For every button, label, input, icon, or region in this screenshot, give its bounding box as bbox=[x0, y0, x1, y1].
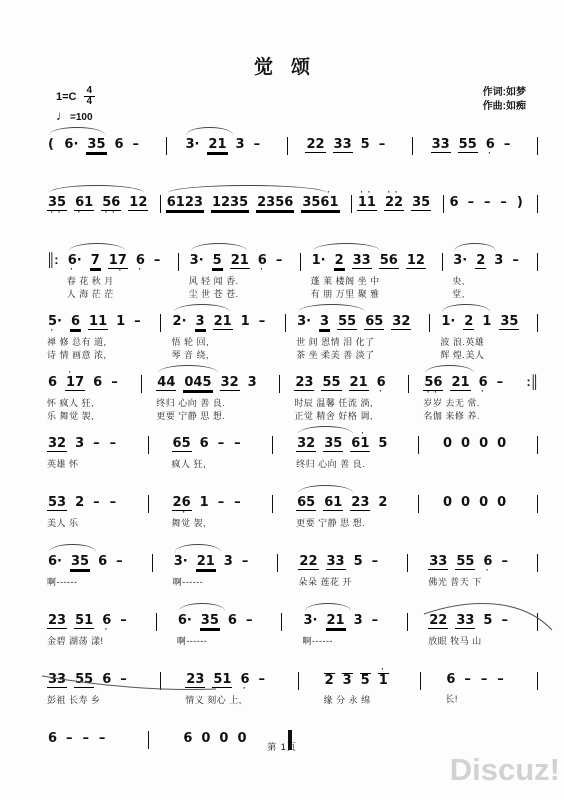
octave-dots-below bbox=[296, 452, 305, 457]
note: 0 bbox=[496, 491, 507, 515]
lyric-line: 茶 坐 柔美 善 淡了 bbox=[296, 350, 418, 361]
note: 045 bbox=[183, 371, 212, 396]
notes-row: 6123· 1235 2356 ·3561 bbox=[166, 185, 347, 216]
note: 56 bbox=[379, 249, 399, 274]
lyric-line: 长! bbox=[445, 694, 512, 705]
slur-arc bbox=[168, 185, 327, 193]
octave-dots-below bbox=[177, 628, 186, 633]
note: – bbox=[132, 133, 141, 158]
notes-row: 23 51 6· – bbox=[47, 603, 136, 634]
barline bbox=[537, 436, 538, 454]
octave-dots-below: · bbox=[172, 511, 189, 516]
octave-dots-below bbox=[74, 451, 83, 456]
octave-dots-below bbox=[371, 628, 380, 633]
note: 33 bbox=[455, 609, 475, 634]
notes-row: 0 0 0 0 bbox=[442, 485, 514, 515]
note: 12 bbox=[406, 249, 426, 274]
system: ( 6· 35 6 – 3· 21 3 – 22 33 5 – 33 55 6·… bbox=[46, 127, 538, 158]
octave-dots-below bbox=[97, 569, 106, 574]
octave-dots-below bbox=[303, 628, 312, 633]
measure: 6 – – – ) bbox=[448, 185, 534, 215]
octave-dots-below bbox=[449, 210, 458, 215]
notes-row: 33 55 6· – bbox=[431, 127, 520, 158]
notes-row: 3· 21 3 – bbox=[184, 127, 269, 158]
lyric-line: 朵朵 莲花 开 bbox=[298, 577, 387, 588]
note: 1235 bbox=[211, 191, 249, 216]
octave-dots-below: · bbox=[166, 211, 198, 216]
notes-row: 44 045 32 3 bbox=[156, 365, 264, 396]
note: 55 bbox=[458, 133, 478, 158]
barline bbox=[537, 253, 538, 271]
note: 23 bbox=[47, 609, 67, 634]
measure: ( 6· 35 6 – bbox=[46, 127, 149, 158]
lyric-line: 乐 舞觉 袈, bbox=[47, 411, 127, 422]
note: ··22 bbox=[384, 191, 404, 216]
octave-dots-below bbox=[65, 391, 74, 396]
note: 61· bbox=[74, 191, 94, 216]
octave-dots-below bbox=[233, 451, 242, 456]
octave-dots-below bbox=[88, 330, 97, 335]
lyric-line: 舞觉 袈, bbox=[172, 518, 250, 529]
note: 7· bbox=[90, 249, 101, 274]
notes-row: 53 2 – – bbox=[47, 485, 125, 516]
repeat-begin: ║: bbox=[46, 252, 58, 267]
octave-dots-below bbox=[431, 153, 440, 158]
note: 53 bbox=[47, 491, 67, 516]
octave-dots-below: · bbox=[70, 330, 79, 335]
octave-dots-below bbox=[220, 391, 229, 396]
barline bbox=[160, 314, 161, 332]
octave-dots-below: · bbox=[90, 269, 99, 274]
system: 35·· 61· 56·· 12 6123· 1235 2356 ·3561 ·… bbox=[46, 185, 538, 216]
note: 22 bbox=[428, 609, 448, 634]
note: – bbox=[217, 432, 226, 457]
system: 6 ·17 6 – 怀 疯人 狂,乐 舞觉 袈, 44 045 32 3 终归 … bbox=[46, 365, 538, 422]
octave-dots-below bbox=[334, 269, 343, 274]
note: 6· bbox=[135, 249, 146, 274]
measure: 33 55 6 – 彭祖 长寿 乡 bbox=[46, 662, 137, 706]
measure: 2 3 5 ·1 缘 分 永 绵 bbox=[323, 662, 397, 706]
note: 33 bbox=[352, 249, 372, 274]
octave-dots-below bbox=[207, 153, 216, 158]
measure: 3· 5 21 6· – 风 轻 闻 香.尘 世 苍 苍. bbox=[188, 243, 293, 300]
octave-dots-below: · bbox=[135, 268, 144, 273]
lyric-line: 放眼 牧马 山 bbox=[428, 636, 517, 647]
lyric-line: 英雄 怀 bbox=[47, 459, 125, 470]
octave-dots-below bbox=[195, 330, 204, 335]
note: 6 bbox=[227, 609, 238, 634]
octave-dots-below bbox=[442, 451, 451, 456]
octave-dots-below: · bbox=[239, 687, 248, 692]
notes-row: 3· 21 3 – bbox=[303, 603, 388, 634]
note: 33 bbox=[47, 668, 67, 693]
octave-dots-below bbox=[458, 153, 467, 158]
lyric-line: 春 花 秋 月 bbox=[67, 276, 170, 287]
octave-dots-below bbox=[70, 570, 79, 575]
note: 21 bbox=[230, 249, 250, 274]
notes-row: 22 33 5 – bbox=[305, 127, 394, 158]
note: – bbox=[119, 609, 128, 634]
octave-dots-below bbox=[478, 510, 487, 515]
lyricist-credit: 作词:如梦 bbox=[483, 86, 526, 100]
octave-dots-below bbox=[301, 211, 310, 216]
note: – bbox=[499, 191, 508, 215]
note: 1 bbox=[199, 491, 210, 516]
octave-dots-below: · bbox=[376, 390, 385, 395]
notes-row: 3· 5 21 6· – bbox=[189, 243, 292, 274]
note: – bbox=[109, 491, 118, 516]
octave-dots-below bbox=[184, 152, 193, 157]
note: – bbox=[110, 371, 119, 396]
octave-dots-below: · bbox=[47, 329, 56, 334]
note: 6· bbox=[177, 609, 193, 634]
note: – bbox=[496, 668, 505, 692]
note: 5 bbox=[360, 133, 371, 158]
octave-dots-below bbox=[212, 688, 221, 693]
slur-arc bbox=[191, 243, 247, 251]
lyric-line: 美人 乐 bbox=[47, 518, 125, 529]
note: – bbox=[258, 310, 267, 335]
barline bbox=[287, 137, 288, 155]
note: 3 bbox=[223, 550, 234, 575]
system: 32 3 – – 英雄 怀 65 6 – – 疯人 狂, 32 35 ·61 5… bbox=[46, 426, 538, 470]
slur-arc bbox=[174, 304, 230, 312]
octave-dots-below bbox=[496, 510, 505, 515]
note: 6· bbox=[485, 133, 496, 158]
notes-row: 23 51 6· – bbox=[185, 662, 274, 693]
note: 3· bbox=[303, 609, 319, 634]
octave-dots-below bbox=[452, 268, 461, 273]
note: 21 bbox=[207, 133, 227, 158]
octave-dots-below bbox=[258, 687, 267, 692]
note: 35 bbox=[323, 432, 343, 457]
note: – bbox=[217, 491, 226, 516]
note: 2 bbox=[475, 249, 486, 274]
octave-dots-below bbox=[337, 330, 346, 335]
octave-dots-below bbox=[499, 330, 508, 335]
score: ( 6· 35 6 – 3· 21 3 – 22 33 5 – 33 55 6·… bbox=[46, 127, 538, 778]
barline bbox=[351, 195, 352, 213]
system: 5·· 6· 11 1 – 禅 修 总有 道,诗 情 画意 浓, 2· 3 21… bbox=[46, 304, 538, 361]
lyric-line: 蓬 莱 楼阁 坐 中 bbox=[311, 276, 433, 287]
octave-dots-below bbox=[189, 268, 198, 273]
barline bbox=[442, 253, 443, 271]
slur-arc bbox=[298, 426, 353, 434]
octave-dots-below bbox=[391, 330, 400, 335]
barline bbox=[537, 495, 538, 513]
octave-dots-below: · bbox=[257, 268, 266, 273]
lyric-line: 怀 疯人 狂, bbox=[47, 398, 127, 409]
octave-dots-below bbox=[353, 569, 362, 574]
octave-dots-below: ·· bbox=[47, 211, 64, 216]
octave-dots-below bbox=[199, 451, 208, 456]
barline bbox=[298, 672, 299, 690]
octave-dots-below bbox=[352, 269, 361, 274]
lyric-line: 终归 心向 善 良. bbox=[156, 398, 264, 409]
note: ) bbox=[516, 191, 525, 215]
slur-arc bbox=[49, 544, 96, 552]
octave-dots-below bbox=[119, 687, 128, 692]
notes-row: ··11 ··22 35 bbox=[357, 185, 438, 216]
measure: 53 2 – – 美人 乐 bbox=[46, 485, 126, 529]
octave-dots-below bbox=[500, 569, 509, 574]
note: ·17 bbox=[65, 371, 85, 396]
octave-dots-below bbox=[323, 452, 332, 457]
credits: 作词:如梦 作曲:如痴 bbox=[483, 86, 526, 114]
lyric-line: 佛光 普天 下 bbox=[428, 577, 517, 588]
octave-dots-below bbox=[109, 510, 118, 515]
slur-arc bbox=[186, 127, 233, 135]
octave-dots-below bbox=[115, 569, 124, 574]
barline bbox=[412, 137, 413, 155]
octave-dots-below bbox=[478, 451, 487, 456]
note: 3 bbox=[342, 668, 353, 693]
octave-dots-below bbox=[156, 391, 165, 396]
note: – bbox=[92, 491, 101, 516]
notes-row: 6 – – – bbox=[445, 662, 512, 692]
barline bbox=[148, 436, 149, 454]
octave-dots-below bbox=[47, 688, 56, 693]
note: – bbox=[500, 609, 509, 634]
note: ··11 bbox=[357, 191, 377, 216]
note: – bbox=[233, 432, 242, 457]
note: – bbox=[253, 133, 262, 158]
lyric-line: 啊------ bbox=[173, 577, 258, 588]
notes-row: 2· 3 21 1 – bbox=[172, 304, 275, 335]
octave-dots-below bbox=[109, 451, 118, 456]
note: 21 bbox=[196, 550, 216, 575]
note: 56·· bbox=[423, 371, 443, 396]
barline bbox=[277, 554, 278, 572]
octave-dots-below bbox=[482, 628, 491, 633]
octave-dots-below bbox=[74, 510, 83, 515]
barline bbox=[160, 672, 161, 690]
octave-dots-below bbox=[92, 510, 101, 515]
measure: 6· 35 6 – 啊------ bbox=[176, 603, 263, 647]
note: 32 bbox=[47, 432, 67, 457]
note: 35·· bbox=[47, 191, 67, 216]
note: 0 bbox=[460, 432, 471, 456]
barline bbox=[537, 613, 538, 631]
octave-dots-below bbox=[324, 688, 333, 693]
note: ·3561 bbox=[301, 191, 339, 216]
octave-dots-below bbox=[378, 152, 387, 157]
lyric-line: 世 间 恩情 泪 化了 bbox=[296, 337, 418, 348]
note: 6 bbox=[445, 668, 456, 692]
octave-dots-below bbox=[217, 510, 226, 515]
barline bbox=[537, 137, 538, 155]
note: 2 bbox=[74, 491, 85, 516]
notes-row: 6· 35 6 – bbox=[177, 603, 262, 634]
measure: 6 – – – 长! bbox=[444, 662, 513, 705]
barline bbox=[300, 253, 301, 271]
note: 0 bbox=[460, 491, 471, 515]
octave-dots-below bbox=[153, 268, 162, 273]
note: – bbox=[275, 249, 284, 274]
slur-arc bbox=[69, 243, 125, 251]
lyric-line: 名伽 来修 养. bbox=[423, 411, 512, 422]
octave-dots-below bbox=[496, 390, 505, 395]
slur-arc bbox=[175, 544, 222, 552]
note: – bbox=[463, 668, 472, 692]
measure: 22 33 5 – 朵朵 莲花 开 bbox=[297, 544, 388, 588]
barline bbox=[148, 495, 149, 513]
barline bbox=[418, 495, 419, 513]
octave-dots-below bbox=[360, 688, 369, 693]
notes-row: 56·· 21 6· – bbox=[423, 365, 512, 396]
note: 65 bbox=[296, 491, 316, 516]
octave-dots-below bbox=[321, 391, 330, 396]
measure: 22 33 5 – 放眼 牧马 山 bbox=[427, 603, 518, 647]
measure: 23 55 21 6·时辰 温馨 任流 淌,正觉 精舍 好格 调, bbox=[293, 365, 394, 422]
note: – bbox=[378, 133, 387, 158]
octave-dots-below bbox=[253, 152, 262, 157]
octave-dots-below: · bbox=[482, 569, 491, 574]
slur-arc bbox=[313, 243, 380, 251]
note: – bbox=[500, 550, 509, 575]
system: 23 51 6· – 金碧 湖荡 漾! 6· 35 6 – 啊------ 3·… bbox=[46, 603, 538, 647]
note: 65 bbox=[364, 310, 384, 335]
barline bbox=[178, 253, 179, 271]
lyric-line: 人 海 茫 茫 bbox=[67, 289, 170, 300]
lyric-line: 啊------ bbox=[47, 577, 132, 588]
octave-dots-below bbox=[247, 390, 256, 395]
barline bbox=[279, 375, 280, 393]
note: 1 bbox=[240, 310, 251, 335]
note: 2 bbox=[334, 249, 345, 274]
octave-dots-below bbox=[493, 268, 502, 273]
barline bbox=[429, 314, 430, 332]
octave-dots-below bbox=[455, 570, 464, 575]
page-title: 觉颂 bbox=[0, 52, 564, 79]
note: 3 bbox=[74, 432, 85, 457]
octave-dots-below bbox=[211, 211, 220, 216]
lyric-line: 波 浪.英雄 bbox=[440, 337, 526, 348]
notes-row: 22 33 5 – bbox=[428, 603, 517, 634]
note: 32 bbox=[296, 432, 316, 457]
octave-dots-below bbox=[496, 451, 505, 456]
measure: 65 61 23 2 更要 宁静 思 想. bbox=[295, 485, 396, 529]
note: – bbox=[258, 668, 267, 693]
note: – bbox=[371, 550, 380, 575]
note: 0 bbox=[442, 491, 453, 515]
lyric-line: 彭祖 长寿 乡 bbox=[47, 695, 136, 706]
tempo-marking: ♩=100 bbox=[56, 108, 95, 123]
octave-dots-below bbox=[227, 628, 236, 633]
note: 3 bbox=[493, 249, 504, 274]
note: 6·· bbox=[67, 249, 83, 274]
octave-dots-below bbox=[92, 390, 101, 395]
octave-dots-below bbox=[463, 687, 472, 692]
note: 0 bbox=[478, 491, 489, 515]
octave-dots-below bbox=[185, 688, 194, 693]
notes-row: 3· 21 3 – bbox=[173, 544, 258, 575]
note: 2· bbox=[172, 310, 188, 335]
notes-row: 6 ·17 6 – bbox=[47, 365, 127, 396]
octave-dots-below bbox=[371, 569, 380, 574]
octave-dots-below bbox=[212, 269, 221, 274]
barline bbox=[537, 314, 538, 332]
note: – bbox=[119, 668, 128, 693]
octave-dots-below bbox=[245, 628, 254, 633]
octave-dots-below bbox=[256, 211, 265, 216]
octave-dots-below bbox=[357, 211, 366, 216]
octave-dots-below bbox=[467, 210, 476, 215]
octave-dots-below bbox=[503, 152, 512, 157]
note: 22 bbox=[298, 550, 318, 575]
barline bbox=[537, 195, 538, 213]
octave-dots-below bbox=[350, 452, 359, 457]
lyric-line: 辉 煌.美人 bbox=[440, 350, 526, 361]
note: 33 bbox=[428, 550, 448, 575]
measure: 23 51 6· – 金碧 湖荡 漾! bbox=[46, 603, 137, 647]
barline bbox=[281, 613, 282, 631]
system: 53 2 – – 美人 乐 26 · 1 – – 舞觉 袈, 65 61 23 … bbox=[46, 485, 538, 529]
note: 6· bbox=[101, 609, 112, 634]
note: 21 bbox=[450, 371, 470, 396]
note: 51 bbox=[74, 609, 94, 634]
octave-dots-below bbox=[349, 391, 358, 396]
note: 0 bbox=[496, 432, 507, 456]
octave-dots-below bbox=[378, 688, 387, 693]
note: 5 bbox=[360, 668, 371, 693]
octave-dots-below bbox=[230, 269, 239, 274]
note: 6 bbox=[449, 191, 460, 215]
note: 21 bbox=[326, 609, 346, 634]
octave-dots-below bbox=[217, 451, 226, 456]
note: – bbox=[115, 550, 124, 575]
note: 6 bbox=[101, 668, 112, 693]
note: 22 bbox=[305, 133, 325, 158]
note: 6· bbox=[257, 249, 268, 274]
barline bbox=[418, 436, 419, 454]
octave-dots-below bbox=[455, 629, 464, 634]
note: – bbox=[467, 191, 476, 215]
notes-row: 65 6 – – bbox=[172, 426, 250, 457]
note: 23 bbox=[350, 491, 370, 516]
slur-arc bbox=[298, 304, 365, 312]
note: 3· bbox=[173, 550, 189, 575]
barline bbox=[443, 195, 444, 213]
note: 5·· bbox=[47, 310, 63, 335]
octave-dots-below bbox=[406, 269, 415, 274]
note: ( bbox=[47, 133, 56, 158]
octave-dots-below bbox=[119, 628, 128, 633]
note: 6· bbox=[70, 310, 81, 335]
note: 55 bbox=[74, 668, 94, 693]
notes-row: 2 3 5 ·1 bbox=[324, 662, 396, 693]
note: 44 bbox=[156, 371, 176, 396]
lyric-line: 央, bbox=[452, 276, 528, 287]
slur-arc bbox=[298, 485, 353, 493]
octave-dots-below bbox=[115, 329, 124, 334]
score-page: 觉颂 1=C 4 4 ♩=100 作词:如梦 作曲:如痴 ( 6· 35 6 –… bbox=[0, 0, 564, 800]
octave-dots-below bbox=[199, 510, 208, 515]
note: 5 bbox=[212, 249, 223, 274]
octave-dots-below bbox=[516, 210, 525, 215]
octave-dots-below bbox=[353, 628, 362, 633]
measure: 23 51 6· – 情义 刻心 上, bbox=[184, 662, 275, 706]
measure: ··11 ··22 35 bbox=[356, 185, 439, 216]
octave-dots-below bbox=[114, 152, 123, 157]
octave-dots-below: · bbox=[74, 211, 91, 216]
note: 65 bbox=[172, 432, 192, 457]
measure: 32 35 ·61 5 终归 心向 善 良. bbox=[295, 426, 396, 470]
octave-dots-below bbox=[74, 629, 83, 634]
octave-dots-below bbox=[92, 451, 101, 456]
barline bbox=[272, 495, 273, 513]
note: 6 bbox=[47, 371, 58, 396]
